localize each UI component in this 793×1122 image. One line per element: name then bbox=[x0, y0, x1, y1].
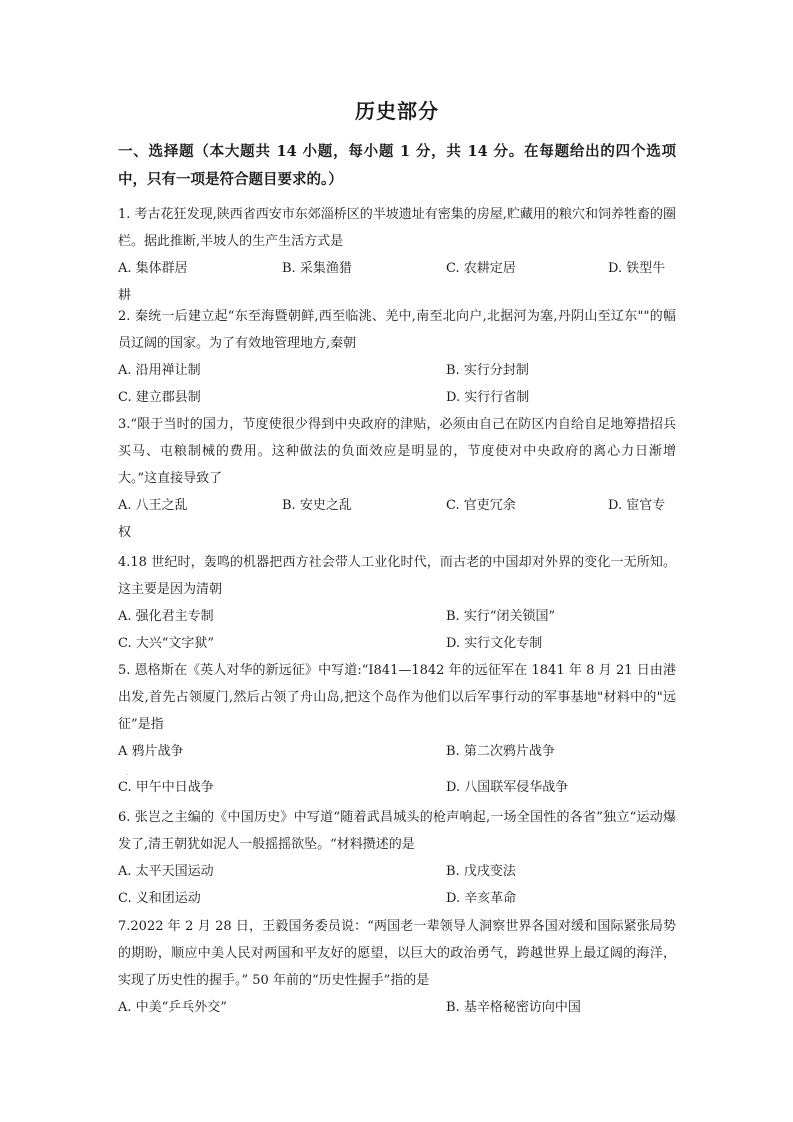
option-c[interactable]: C. 大兴“文字狱” bbox=[118, 630, 214, 657]
question-3: 3.“限于当时的国力，节度使很少得到中央政府的津贴，必须由自己在防区内自给自足地… bbox=[118, 411, 676, 546]
question-4: 4.18 世纪时，轰鸣的机器把西方社会带人工业化时代，而古老的中国却对外界的变化… bbox=[118, 549, 676, 657]
options-row: C. 义和团运动 D. 辛亥革命 bbox=[118, 885, 676, 912]
options-row: C. 甲午中日战争 D. 八国联军侵华战争 bbox=[118, 774, 676, 801]
question-5: 5. 恩格斯在《英人对华的新远征》中写道:“I841—1842 年的远征军在 1… bbox=[118, 657, 676, 801]
options-row: A. 八王之乱 B. 安史之乱 C. 官吏冗余 D. 宦官专 bbox=[118, 492, 676, 519]
option-a[interactable]: A. 太平天国运动 bbox=[118, 858, 214, 885]
option-c[interactable]: C. 农耕定居 bbox=[446, 255, 516, 282]
question-stem: 2. 秦统一后建立起“东至海暨朝鲜,西至临洮、羌中,南至北向户,北据河为塞,丹阴… bbox=[118, 303, 676, 357]
option-b[interactable]: B. 第二次鸦片战争 bbox=[446, 738, 555, 765]
question-2: 2. 秦统一后建立起“东至海暨朝鲜,西至临洮、羌中,南至北向户,北据河为塞,丹阴… bbox=[118, 303, 676, 411]
option-b[interactable]: B. 实行分封制 bbox=[446, 357, 529, 384]
option-b[interactable]: B. 安史之乱 bbox=[282, 492, 352, 519]
page-title: 历史部分 bbox=[118, 95, 676, 124]
question-stem: 6. 张岂之主编的《中国历史》中写道“随着武昌城头的枪声响起,一场全国性的各省”… bbox=[118, 804, 676, 858]
options-row: C. 建立郡县制 D. 实行行省制 bbox=[118, 384, 676, 411]
options-row: A. 沿用禅让制 B. 实行分封制 bbox=[118, 357, 676, 384]
option-d[interactable]: D. 铁型牛 bbox=[608, 255, 665, 282]
option-a[interactable]: A. 强化君主专制 bbox=[118, 603, 214, 630]
option-c[interactable]: C. 建立郡县制 bbox=[118, 384, 201, 411]
option-d[interactable]: D. 实行文化专制 bbox=[446, 630, 542, 657]
option-b[interactable]: B. 戊戌变法 bbox=[446, 858, 516, 885]
options-row: A 鸦片战争 B. 第二次鸦片战争 . bbox=[118, 738, 676, 774]
options-row: A. 太平天国运动 B. 戊戌变法 bbox=[118, 858, 676, 885]
question-1: 1. 考古花狂发现,陕西省西安市东郊淄桥区的半坡遗址有密集的房屋,贮藏用的粮穴和… bbox=[118, 201, 676, 309]
options-row: C. 大兴“文字狱” D. 实行文化专制 bbox=[118, 630, 676, 657]
options-row: A. 中美“乒乓外交” B. 基辛格秘密访向中国 bbox=[118, 994, 676, 1021]
question-stem: 4.18 世纪时，轰鸣的机器把西方社会带人工业化时代，而古老的中国却对外界的变化… bbox=[118, 549, 676, 603]
option-a[interactable]: A. 八王之乱 bbox=[118, 492, 188, 519]
question-7: 7.2022 年 2 月 28 日，王毅国务委员说：“两国老一辈领导人洞察世界各… bbox=[118, 913, 676, 1021]
question-stem: 5. 恩格斯在《英人对华的新远征》中写道:“I841—1842 年的远征军在 1… bbox=[118, 657, 676, 738]
option-d[interactable]: D. 八国联军侵华战争 bbox=[446, 774, 568, 801]
option-c[interactable]: C. 义和团运动 bbox=[118, 885, 201, 912]
question-stem: 1. 考古花狂发现,陕西省西安市东郊淄桥区的半坡遗址有密集的房屋,贮藏用的粮穴和… bbox=[118, 201, 676, 255]
question-stem: 7.2022 年 2 月 28 日，王毅国务委员说：“两国老一辈领导人洞察世界各… bbox=[118, 913, 676, 994]
question-stem: 3.“限于当时的国力，节度使很少得到中央政府的津贴，必须由自己在防区内自给自足地… bbox=[118, 411, 676, 492]
option-a[interactable]: A. 中美“乒乓外交” bbox=[118, 994, 227, 1021]
option-a[interactable]: A. 集体群居 bbox=[118, 255, 188, 282]
options-row: A. 集体群居 B. 采集渔猎 C. 农耕定居 D. 铁型牛 bbox=[118, 255, 676, 282]
option-wrap-text: 权 bbox=[118, 519, 676, 546]
option-b[interactable]: B. 基辛格秘密访向中国 bbox=[446, 994, 581, 1021]
section-heading: 一、选择题（本大题共 14 小题，每小题 1 分，共 14 分。在每题给出的四个… bbox=[118, 138, 676, 194]
option-c[interactable]: C. 甲午中日战争 bbox=[118, 774, 214, 801]
question-6: 6. 张岂之主编的《中国历史》中写道“随着武昌城头的枪声响起,一场全国性的各省”… bbox=[118, 804, 676, 912]
option-b[interactable]: B. 实行“闭关锁国” bbox=[446, 603, 555, 630]
option-b[interactable]: B. 采集渔猎 bbox=[282, 255, 352, 282]
option-d[interactable]: D. 辛亥革命 bbox=[446, 885, 516, 912]
options-row: A. 强化君主专制 B. 实行“闭关锁国” bbox=[118, 603, 676, 630]
option-d[interactable]: D. 宦官专 bbox=[608, 492, 665, 519]
option-c[interactable]: C. 官吏冗余 bbox=[446, 492, 516, 519]
option-a[interactable]: A. 沿用禅让制 bbox=[118, 357, 201, 384]
option-d[interactable]: D. 实行行省制 bbox=[446, 384, 529, 411]
